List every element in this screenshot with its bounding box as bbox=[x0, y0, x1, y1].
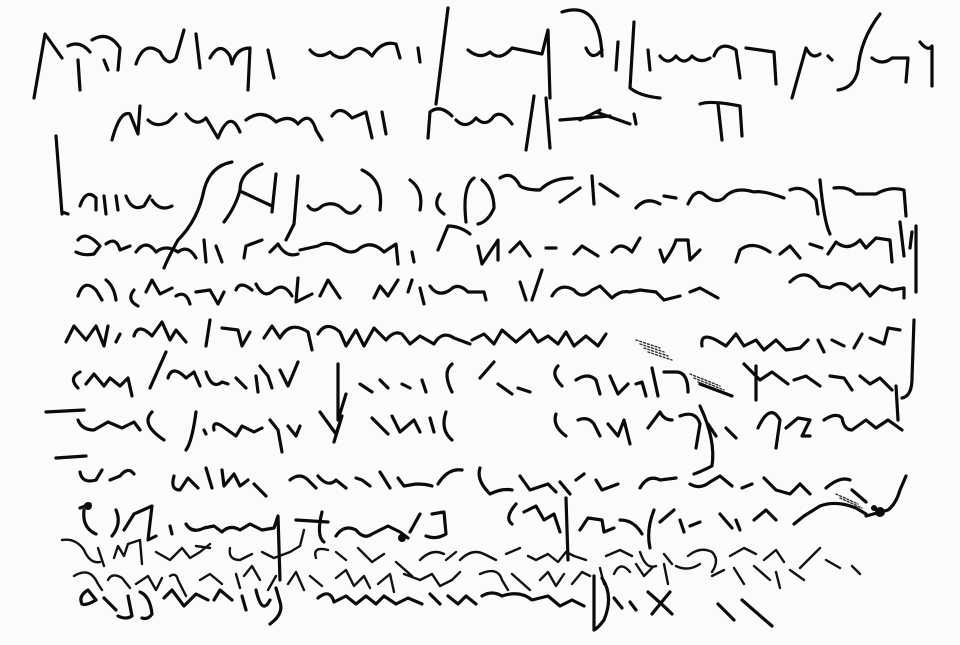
script-line-12 bbox=[74, 564, 804, 596]
script-line-1 bbox=[34, 8, 932, 104]
script-line-2 bbox=[112, 96, 742, 150]
manuscript-script bbox=[0, 0, 960, 645]
script-line-9 bbox=[56, 456, 866, 502]
script-line-8 bbox=[46, 406, 902, 474]
script-line-6 bbox=[66, 320, 914, 398]
script-line-7 bbox=[73, 352, 898, 420]
manuscript-sheet: Roman cursive manuscript (drawing of han… bbox=[0, 0, 960, 645]
script-line-11 bbox=[62, 530, 860, 576]
script-line-5 bbox=[78, 270, 904, 306]
